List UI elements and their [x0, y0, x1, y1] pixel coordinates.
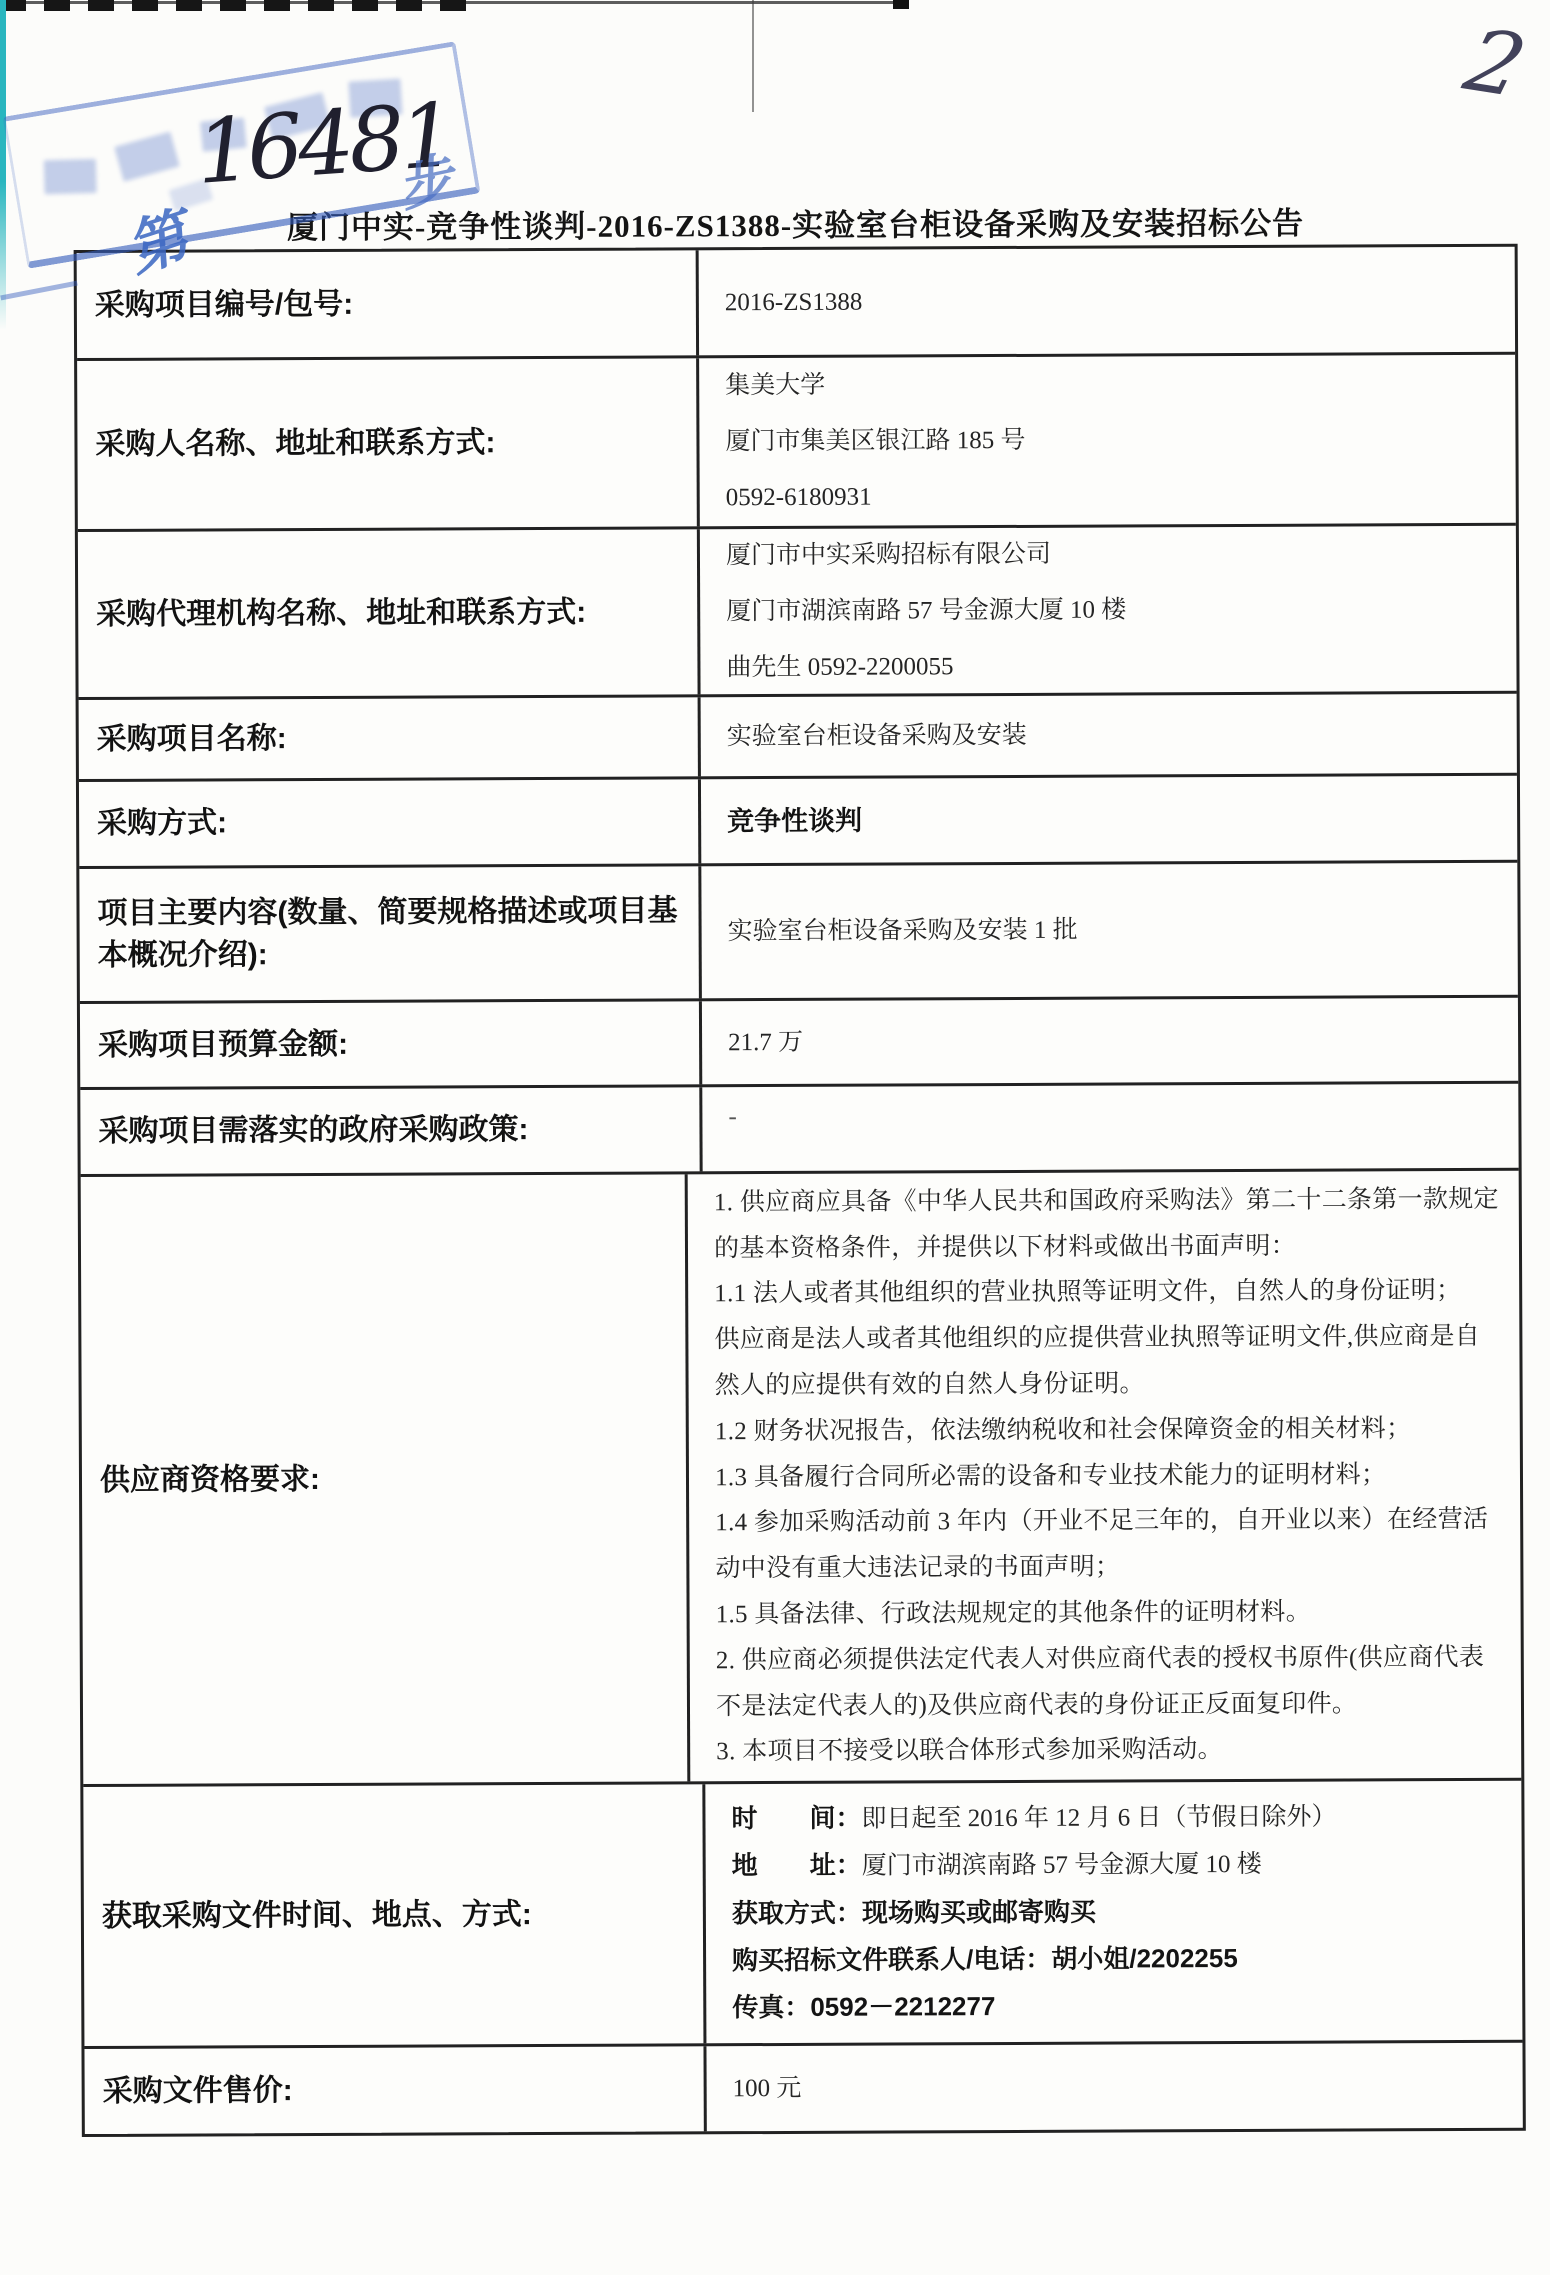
stamp-illegible-mark: [44, 159, 97, 194]
table-row-supplier-qualification: 供应商资格要求: 1. 供应商应具备《中华人民共和国政府采购法》第二十二条第一款…: [81, 1168, 1522, 1784]
row-label: 采购方式:: [97, 802, 227, 845]
row-label: 采购项目需落实的政府采购政策:: [98, 1109, 528, 1153]
row-value: 实验室台柜设备采购及安装 1 批: [728, 914, 1498, 947]
table-row-method: 采购方式: 竞争性谈判: [79, 773, 1517, 866]
qualification-line: 1.3 具备履行合同所必需的设备和专业技术能力的证明材料；: [715, 1451, 1500, 1500]
acquisition-contact: 购买招标文件联系人/电话：胡小姐/2202255: [732, 1934, 1502, 1984]
scanned-document-page: 厦门中实-竞争性谈判-2016-ZS1388-实验室台柜设备采购及安装招标公告 …: [0, 0, 1550, 2275]
budget-value: 21.7 万: [728, 1024, 1498, 1057]
policy-value: -: [728, 1100, 1498, 1131]
procurement-method-value: 竞争性谈判: [727, 803, 1497, 836]
agency-name: 厦门市中实采购招标有限公司: [726, 524, 1496, 583]
qualification-line: 1.2 财务状况报告，依法缴纳税收和社会保障资金的相关材料；: [715, 1406, 1500, 1455]
acquisition-time: 时 间：即日起至 2016 年 12 月 6 日（节假日除外）: [731, 1793, 1501, 1843]
qualification-line: 2. 供应商必须提供法定代表人对供应商代表的授权书原件(供应商代表: [716, 1635, 1501, 1684]
qualification-line: 3. 本项目不接受以联合体形式参加采购活动。: [716, 1726, 1501, 1775]
table-row-agency: 采购代理机构名称、地址和联系方式: 厦门市中实采购招标有限公司 厦门市湖滨南路 …: [78, 523, 1517, 697]
qualification-line: 的基本资格条件，并提供以下材料或做出书面声明：: [714, 1222, 1499, 1271]
row-label: 采购人名称、地址和联系方式:: [95, 422, 495, 466]
qualification-line: 1.5 具备法律、行政法规规定的其他条件的证明材料。: [716, 1589, 1501, 1638]
table-row-purchaser: 采购人名称、地址和联系方式: 集美大学 厦门市集美区银江路 185 号 0592…: [77, 352, 1516, 529]
row-value: 实验室台柜设备采购及安装: [727, 718, 1497, 751]
qualification-line: 1.1 法人或者其他组织的营业执照等证明文件，自然人的身份证明；: [714, 1268, 1499, 1317]
row-label: 采购文件售价:: [103, 2070, 293, 2113]
table-row-main-content: 项目主要内容(数量、简要规格描述或项目基本概况介绍): 实验室台柜设备采购及安装…: [79, 860, 1518, 1001]
agency-address: 厦门市湖滨南路 57 号金源大厦 10 楼: [726, 580, 1496, 639]
scan-artifact-top-dashes: [0, 0, 470, 11]
row-label: 供应商资格要求:: [100, 1458, 320, 1501]
acquisition-address: 地 址：厦门市湖滨南路 57 号金源大厦 10 楼: [732, 1840, 1502, 1890]
row-value: 2016-ZS1388: [725, 284, 1495, 317]
table-row-document-acquisition: 获取采购文件时间、地点、方式: 时 间：即日起至 2016 年 12 月 6 日…: [83, 1778, 1522, 2046]
agency-contact: 曲先生 0592-2200055: [726, 636, 1496, 695]
table-row-budget: 采购项目预算金额: 21.7 万: [80, 995, 1518, 1087]
purchaser-name: 集美大学: [725, 355, 1495, 414]
procurement-table: 采购项目编号/包号: 2016-ZS1388 采购人名称、地址和联系方式: 集美…: [74, 244, 1526, 2137]
purchaser-phone: 0592-6180931: [726, 467, 1496, 526]
document-price-value: 100 元: [733, 2070, 1503, 2103]
table-row-policy: 采购项目需落实的政府采购政策: -: [80, 1081, 1518, 1174]
row-label: 采购项目名称:: [97, 718, 287, 761]
paper-sheet: 厦门中实-竞争性谈判-2016-ZS1388-实验室台柜设备采购及安装招标公告 …: [0, 0, 1550, 2275]
scan-artifact-top-dot: [893, 0, 909, 9]
row-label: 项目主要内容(数量、简要规格描述或项目基本概况介绍):: [97, 890, 684, 977]
qualification-line: 供应商是法人或者其他组织的应提供营业执照等证明文件,供应商是自: [714, 1314, 1499, 1363]
qualification-line: 然人的应提供有效的自然人身份证明。: [715, 1360, 1500, 1409]
row-label: 采购项目编号/包号:: [95, 283, 354, 326]
table-row-project-name: 采购项目名称: 实验室台柜设备采购及安装: [79, 691, 1517, 779]
table-row-document-price: 采购文件售价: 100 元: [84, 2040, 1522, 2134]
qualification-line: 1. 供应商应具备《中华人民共和国政府采购法》第二十二条第一款规定: [714, 1177, 1499, 1226]
table-row-project-number: 采购项目编号/包号: 2016-ZS1388: [77, 247, 1515, 358]
qualification-line: 不是法定代表人的)及供应商代表的身份证正反面复印件。: [716, 1680, 1501, 1729]
row-label: 采购代理机构名称、地址和联系方式:: [96, 591, 586, 635]
row-label: 采购项目预算金额:: [98, 1023, 348, 1066]
qualification-line: 1.4 参加采购活动前 3 年内（开业不足三年的，自开业以来）在经营活: [715, 1497, 1500, 1546]
stamp-illegible-mark: [114, 132, 180, 182]
acquisition-fax: 传真：0592－2212277: [732, 1981, 1502, 2031]
purchaser-address: 厦门市集美区银江路 185 号: [725, 411, 1495, 470]
acquisition-method: 获取方式：现场购买或邮寄购买: [732, 1887, 1502, 1937]
scan-artifact-vertical-line: [752, 0, 754, 112]
row-label: 获取采购文件时间、地点、方式:: [102, 1894, 532, 1938]
scan-artifact-left-edge: [0, 0, 6, 330]
qualification-line: 动中没有重大违法记录的书面声明；: [715, 1543, 1500, 1592]
